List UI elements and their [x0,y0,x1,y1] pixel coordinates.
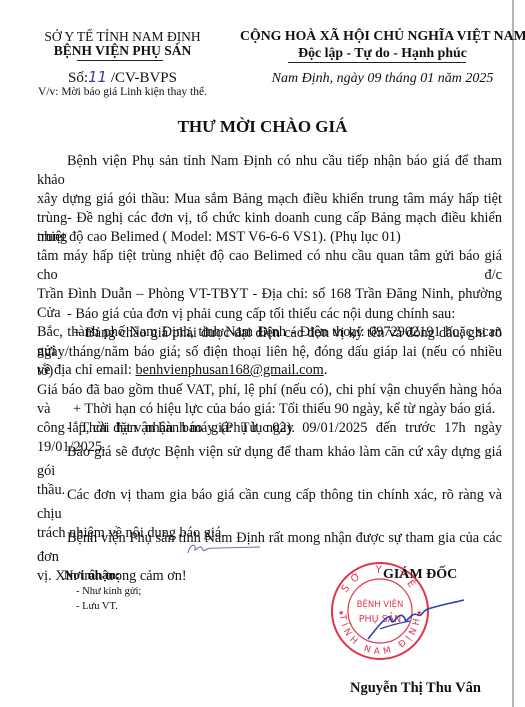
initials-mark-icon [184,540,264,556]
recipients-title: Nơi nhận: [64,567,120,583]
text-line: Bệnh viện Phụ sản tỉnh Nam Định có nhu c… [37,153,502,188]
organization-name: BỆNH VIỆN PHỤ SẢN [0,43,245,59]
page-edge [512,0,514,707]
doc-number-prefix: Số: [68,70,88,86]
text-line: Các đơn vị tham gia báo giá cần cung cấp… [37,487,502,522]
text-line: Bệnh viện Phụ sản tỉnh Nam Định rất mong… [37,530,502,565]
organization-underline [77,60,163,61]
text-line: Báo giá sẽ được Bệnh viện sử dụng để tha… [37,444,502,479]
recipient-item: - Như kính gửi; [76,586,141,597]
document-title: THƯ MỜI CHÀO GIÁ [0,117,525,137]
signer-name: Nguyễn Thị Thu Vân [350,680,481,697]
place-date: Nam Định, ngày 09 tháng 01 năm 2025 [240,71,525,87]
text-line: + Bảng chào giá phải được đại diện các đ… [73,325,502,341]
national-motto: Độc lập - Tự do - Hạnh phúc [240,45,525,61]
text-line: tâm máy hấp tiệt trùng nhiệt độ cao Beli… [37,248,502,283]
signature-scribble-icon [360,595,470,645]
paragraph-requirements: - Báo giá của đơn vị phải cung cấp tối t… [37,305,502,324]
document-number: Số:11 /CV-BVPS [0,68,245,87]
signer-position: GIÁM ĐỐC [383,567,457,583]
text-line: - Báo giá của đơn vị phải cung cấp tối t… [67,306,455,322]
document-subject: V/v: Mời báo giá Linh kiện thay thế. [0,86,245,98]
recipient-item: - Lưu VT. [76,601,118,612]
text-line: ngày/tháng/năm báo giá; số điện thoại li… [37,344,502,379]
doc-number-suffix: /CV-BVPS [111,70,177,86]
doc-number-handwritten: 11 [88,68,107,86]
text-line: + Thời hạn có hiệu lực của báo giá: Tối … [73,401,495,417]
motto-underline [288,62,466,63]
text-line: - Đề nghị các đơn vị, tổ chức kinh doanh… [37,210,502,245]
country-name: CỘNG HOÀ XÃ HỘI CHỦ NGHĨA VIỆT NAM [240,28,525,44]
svg-text:★: ★ [338,609,344,617]
paragraph-validity: + Thời hạn có hiệu lực của báo giá: Tối … [37,400,502,419]
